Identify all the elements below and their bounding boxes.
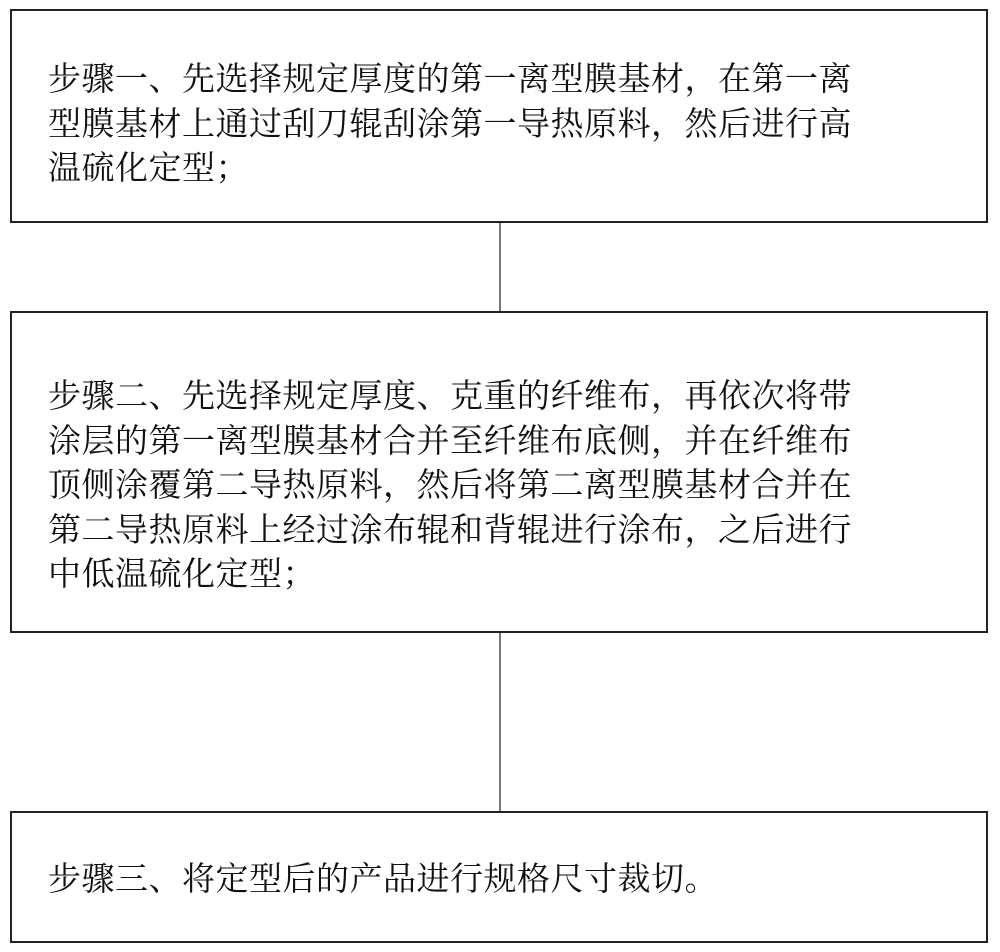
step-three-text: 步骤三、将定型后的产品进行规格尺寸裁切。: [48, 857, 956, 902]
step-two-line-1: 步骤二、先选择规定厚度、克重的纤维布，再依次将带: [48, 374, 956, 419]
step-one-line-3: 温硫化定型；: [48, 146, 956, 191]
step-one-box: 步骤一、先选择规定厚度的第一离型膜基材，在第一离 型膜基材上通过刮刀辊刮涂第一导…: [10, 9, 988, 223]
step-two-line-3: 顶侧涂覆第二导热原料，然后将第二离型膜基材合并在: [48, 463, 956, 508]
step-one-text: 步骤一、先选择规定厚度的第一离型膜基材，在第一离 型膜基材上通过刮刀辊刮涂第一导…: [48, 57, 956, 191]
connector-line-1-2: [499, 223, 501, 311]
step-two-text: 步骤二、先选择规定厚度、克重的纤维布，再依次将带 涂层的第一离型膜基材合并至纤维…: [48, 374, 956, 597]
step-two-line-5: 中低温硫化定型；: [48, 552, 956, 597]
step-two-line-2: 涂层的第一离型膜基材合并至纤维布底侧，并在纤维布: [48, 419, 956, 464]
step-one-line-1: 步骤一、先选择规定厚度的第一离型膜基材，在第一离: [48, 57, 956, 102]
step-three-line-1: 步骤三、将定型后的产品进行规格尺寸裁切。: [48, 857, 956, 902]
connector-line-2-3: [499, 633, 501, 811]
step-one-line-2: 型膜基材上通过刮刀辊刮涂第一导热原料，然后进行高: [48, 102, 956, 147]
step-three-box: 步骤三、将定型后的产品进行规格尺寸裁切。: [10, 811, 988, 943]
step-two-line-4: 第二导热原料上经过涂布辊和背辊进行涂布，之后进行: [48, 508, 956, 553]
step-two-box: 步骤二、先选择规定厚度、克重的纤维布，再依次将带 涂层的第一离型膜基材合并至纤维…: [10, 311, 988, 633]
